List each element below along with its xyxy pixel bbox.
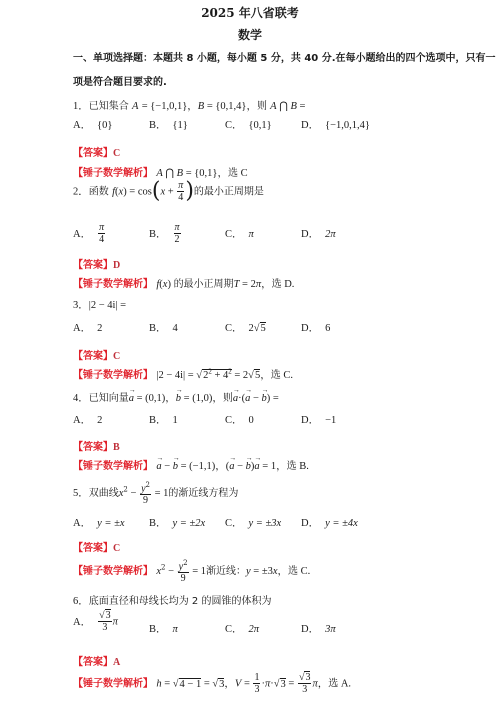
question-2-option-c[interactable]: C．π [225,226,254,241]
question-6-option-b[interactable]: B．π [149,621,178,636]
section-heading-line1: 一、单项选择题：本题共 8 小题，每小题 5 分，共 40 分.在每小题给出的四… [73,49,496,64]
question-5-stem: 5．双曲线x2 − y29 = 1的渐近线方程为 [73,480,238,506]
question-number: 1． [73,101,89,112]
question-5-option-c[interactable]: C．y = ±3x [225,515,281,530]
question-4-option-b[interactable]: B．1 [149,412,178,427]
question-5-analysis: 【锤子数学解析】 x2 − y29 = 1渐近线：y = ±3x，选 C. [73,558,310,584]
question-1-answer: 【答案】C [73,141,120,160]
question-1-option-a[interactable]: A．{0} [73,117,112,132]
question-3-option-a[interactable]: A．2 [73,320,102,335]
exam-title: 2025 年八省联考 [0,4,500,21]
question-4-answer: 【答案】B [73,435,120,454]
question-6-option-c[interactable]: C．2π [225,621,259,636]
question-4-analysis: 【锤子数学解析】 a − b = (−1,1)，(a − b)a = 1，选 B… [73,457,309,473]
question-6-option-a[interactable]: A．√33π [73,610,118,633]
question-6-answer: 【答案】A [73,650,120,669]
question-3-stem: 3．|2 − 4i| = [73,297,126,312]
question-1-option-d[interactable]: D．{−1,0,1,4} [301,117,370,132]
question-3-option-d[interactable]: D．6 [301,320,330,335]
question-2-analysis: 【锤子数学解析】 f(x) 的最小正周期T = 2π，选 D. [73,275,294,291]
question-3-answer: 【答案】C [73,344,120,363]
question-1-option-c[interactable]: C．{0,1} [225,117,272,132]
question-2-stem: 2．函数 f(x) = cos(x + π4)的最小正周期是 [73,180,264,203]
question-1-option-b[interactable]: B．{1} [149,117,188,132]
question-2-answer: 【答案】D [73,253,120,272]
question-4-option-a[interactable]: A．2 [73,412,102,427]
question-2-option-d[interactable]: D．2π [301,226,336,241]
question-3-analysis: 【锤子数学解析】 |2 − 4i| = √22 + 42 = 2√5，选 C. [73,366,293,382]
question-5-option-a[interactable]: A．y = ±x [73,515,125,530]
question-5-option-d[interactable]: D．y = ±4x [301,515,358,530]
question-1-stem: 1．已知集合 A = {−1,0,1}，B = {0,1,4}，则 A ⋂ B … [73,97,305,113]
question-4-option-d[interactable]: D．−1 [301,412,336,427]
question-5-option-b[interactable]: B．y = ±2x [149,515,205,530]
question-6-stem: 6．底面直径和母线长均为 2 的圆锥的体积为 [73,592,271,608]
section-heading-line2: 项是符合题目要求的. [73,73,167,88]
subject-title: 数学 [0,26,500,43]
question-4-stem: 4．已知向量a = (0,1)，b = (1,0)，则a·(a − b) = [73,389,279,405]
question-6-option-d[interactable]: D．3π [301,621,336,636]
question-2-option-a[interactable]: A．π4 [73,222,106,245]
question-3-option-b[interactable]: B．4 [149,320,178,335]
exam-page: 2025 年八省联考 数学 一、单项选择题：本题共 8 小题，每小题 5 分，共… [0,0,500,707]
question-2-option-b[interactable]: B．π2 [149,222,182,245]
question-5-answer: 【答案】C [73,536,120,555]
question-6-analysis: 【锤子数学解析】 h = √4 − 1 = √3，V = 13·π·√3 = √… [73,672,351,695]
question-3-option-c[interactable]: C．2√5 [225,320,266,335]
question-4-option-c[interactable]: C．0 [225,412,254,427]
